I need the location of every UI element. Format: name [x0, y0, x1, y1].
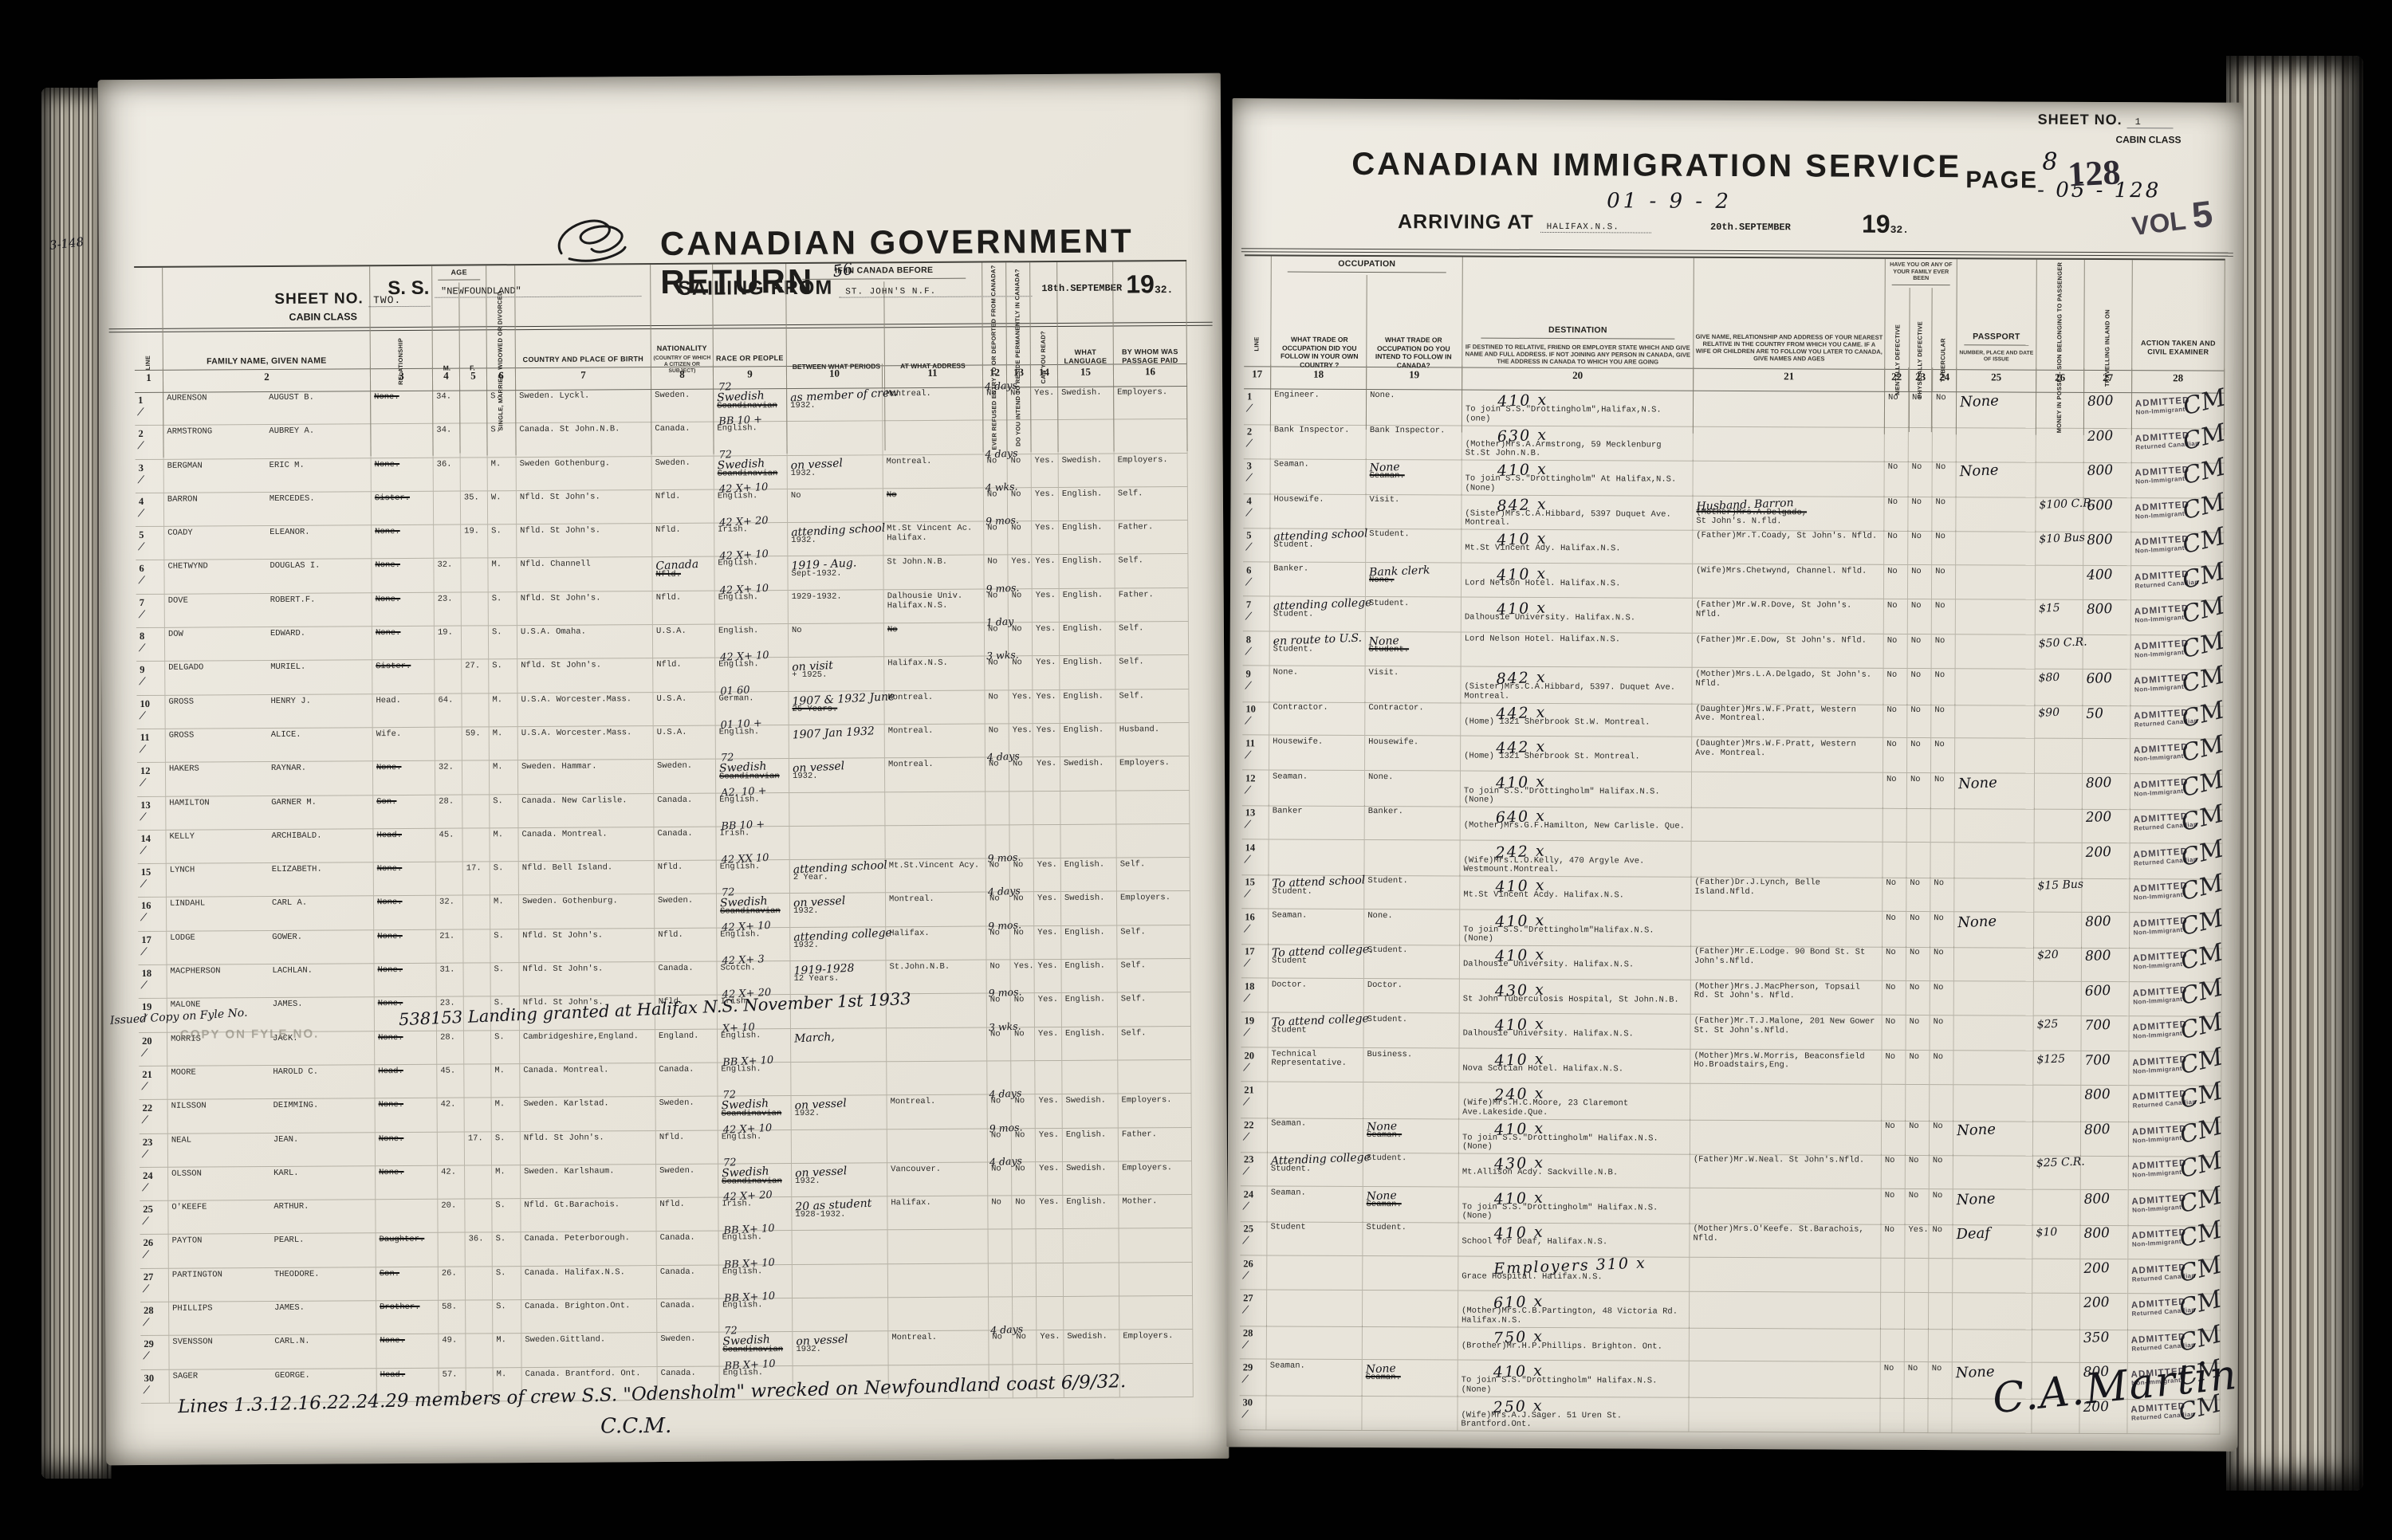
page-number-stamp: 128 — [2067, 151, 2121, 194]
cell-address — [885, 792, 986, 826]
cell-passage-paid: Self. — [1117, 858, 1190, 892]
cell-mentally-defective: No — [1882, 1154, 1906, 1189]
cell-passport — [1953, 1154, 2033, 1189]
cell-nearest-relative — [1691, 910, 1883, 948]
manifest-row: 8⁄en route to U.S.Student.NoneStudent.Lo… — [1243, 631, 2224, 670]
cell-relationship — [376, 1200, 438, 1234]
cell-birth: Canada. Halifax.N.S. — [521, 1266, 657, 1300]
cell-name: BERGMANERIC M. — [164, 458, 372, 493]
right-page: CANADIAN IMMIGRATION SERVICE 01 - 9 - 2 … — [1226, 98, 2243, 1452]
cell-line: 27⁄ — [140, 1269, 169, 1303]
cell-line: 10⁄ — [1242, 701, 1269, 736]
cell-occupation-own: To attend schoolStudent. — [1269, 874, 1364, 909]
cell-read: Yes. — [1033, 656, 1060, 690]
cell-travelling-inland: 800 — [2081, 1189, 2129, 1226]
cell-money: $90 — [2035, 704, 2083, 739]
cell-passport — [1954, 877, 2034, 912]
cell-line: 28⁄ — [1240, 1325, 1267, 1360]
cell-line: 22⁄ — [1241, 1117, 1268, 1153]
cell-relationship: None. — [376, 1098, 438, 1133]
cell-physically-defective — [1904, 1397, 1928, 1433]
cell-money — [2032, 1259, 2080, 1294]
cell-name: DOWEDWARD. — [165, 627, 372, 662]
cell-occupation-own: attending schoolStudent. — [1270, 527, 1366, 562]
cell-tubercular: No — [1930, 1120, 1953, 1157]
cell-language: Swedish. — [1060, 757, 1116, 792]
cell-occupation-canada: Visit. — [1366, 493, 1462, 529]
manifest-row: 17⁄To attend college.StudentStudent.410 … — [1241, 943, 2222, 982]
cell-name: OLSSONKARL. — [168, 1166, 376, 1201]
cell-line: 1⁄ — [135, 392, 163, 426]
manifest-row: 21⁄240 x(Wife)Mrs.H.C.Moore, 23 Claremon… — [1241, 1082, 2221, 1121]
cell-physically-defective: No — [1906, 1154, 1930, 1189]
cell-line: 7⁄ — [1243, 596, 1270, 631]
cell-line: 30⁄ — [141, 1369, 170, 1404]
cell-relationship: None. — [372, 559, 434, 593]
cell-passport — [1956, 565, 2036, 600]
cell-passage-paid: Self. — [1115, 655, 1189, 689]
cell-name: LYNCHELIZABETH. — [167, 862, 374, 898]
cell-address: Montreal. — [886, 893, 986, 927]
footnote-signature: C.C.M. — [600, 1414, 672, 1439]
cell-money — [2034, 981, 2082, 1016]
cell-passport — [1953, 1293, 2032, 1330]
manifest-row: 15⁄To attend schoolStudent.Student.410 x… — [1241, 874, 2222, 913]
cell-destination: 410 xTo join S.S."Drottingholm" Halifax.… — [1459, 1118, 1690, 1155]
cell-periods: as member of crew1932. — [787, 387, 883, 422]
cell-periods: on vessel1932. — [793, 1332, 888, 1366]
cell-physically-defective: No — [1906, 946, 1930, 981]
cell-money — [2036, 426, 2084, 463]
cell-tubercular: No — [1932, 599, 1956, 634]
cell-marital: S. — [490, 862, 519, 896]
cell-relationship: Head. — [375, 1065, 437, 1099]
cell-reside: No — [1012, 1196, 1036, 1229]
cell-tubercular — [1931, 807, 1955, 843]
cell-physically-defective: No — [1906, 980, 1930, 1016]
cell-physically-defective: No — [1906, 1016, 1930, 1051]
cell-tubercular: No — [1929, 1362, 1953, 1399]
cell-passport: None — [1955, 773, 2035, 810]
cell-periods — [791, 1062, 887, 1096]
cell-address: Montreal. — [885, 725, 986, 759]
cell-travelling-inland: 800 — [2083, 531, 2131, 566]
cell-periods: attending college1932. — [790, 927, 886, 961]
cell-occupation-own: Banker. — [1270, 562, 1366, 597]
cell-destination: 242 x(Wife)Mrs.L.O.Kelly, 470 Argyle Ave… — [1460, 840, 1691, 878]
cell-address — [883, 421, 983, 455]
cell-travelling-inland: 50 — [2083, 704, 2130, 739]
cell-read: Yes. — [1032, 521, 1059, 556]
cell-age-f — [466, 1334, 493, 1369]
cell-periods: March, — [791, 1028, 887, 1063]
cell-tubercular: No — [1929, 1224, 1953, 1259]
cell-money — [2036, 565, 2083, 600]
cell-age-f — [461, 559, 488, 593]
arriving-at-value: HALIFAX.N.S. — [1540, 222, 1651, 234]
cell-marital: S. — [490, 929, 519, 964]
cell-occupation-canada — [1362, 1394, 1458, 1431]
cell-address: No — [883, 488, 984, 522]
cell-reside — [1009, 792, 1033, 825]
col-number: 7 — [516, 365, 651, 390]
cell-marital: S. — [487, 390, 516, 424]
page-label: PAGE — [1965, 167, 2038, 194]
cell-age-f — [464, 1031, 491, 1065]
cell-nearest-relative: (Mother)Mrs.L.A.Delgado, St John's. Nfld… — [1692, 668, 1883, 705]
cell-passage-paid: Self. — [1115, 622, 1189, 656]
cell-nationality: Nfld. — [653, 591, 715, 625]
cell-name: SVENSSONCARL.N. — [169, 1335, 376, 1370]
cell-mentally-defective: No — [1882, 1050, 1906, 1085]
cell-money — [2036, 462, 2084, 498]
admitted-stamp: ADMITTEDNon-ImmigrantCM — [2132, 949, 2219, 971]
cell-occupation-own: Seaman. — [1268, 1186, 1363, 1223]
cell-reside: No — [1013, 1330, 1037, 1364]
cell-line: 8⁄ — [136, 628, 165, 662]
cell-line: 23⁄ — [1241, 1151, 1268, 1186]
cell-money — [2034, 843, 2082, 879]
cell-passport — [1953, 1259, 2032, 1294]
manifest-row: 25⁄StudentStudent.410 xSchool for Deaf, … — [1240, 1220, 2221, 1259]
cell-line: 25⁄ — [1240, 1220, 1267, 1255]
cell-line: 9⁄ — [1242, 666, 1269, 702]
cell-tubercular: No — [1933, 461, 1957, 497]
cell-nationality: Canada. — [651, 422, 714, 457]
cell-age-m: 32. — [436, 896, 463, 930]
cell-occupation-own: Seaman. — [1269, 770, 1365, 807]
cell-mentally-defective: No — [1883, 946, 1906, 981]
cell-refused — [986, 792, 1009, 825]
cell-occupation-canada: None. — [1365, 770, 1461, 807]
cell-nationality: Nfld. — [656, 1130, 718, 1165]
cell-reside: No — [1009, 657, 1033, 690]
manifest-row: 28⁄750 x(Brother)Mr.H.P.Phillips. Bright… — [1240, 1325, 2221, 1364]
cell-age-f — [462, 828, 490, 862]
cell-birth: Canada. Montreal. — [518, 827, 654, 862]
cell-passport: None — [1957, 391, 2036, 428]
cell-money — [2032, 1328, 2080, 1363]
cell-marital: S. — [492, 1199, 521, 1233]
cell-nearest-relative: (Mother)Mrs.W.Morris, Beaconsfield Ho.Br… — [1690, 1049, 1882, 1085]
cell-mentally-defective: No — [1882, 1016, 1906, 1051]
cell-line: 28⁄ — [140, 1302, 169, 1337]
cell-age-m: 45. — [437, 1064, 464, 1098]
cell-nationality: Nfld. — [653, 658, 715, 693]
cell-age-m: 32. — [434, 559, 461, 593]
cell-tubercular — [1929, 1259, 1953, 1294]
cell-passage-paid — [1116, 791, 1190, 825]
col-number: 3 — [371, 367, 433, 391]
cell-nearest-relative — [1689, 1396, 1880, 1433]
col-number: 10 — [787, 363, 883, 388]
cell-passage-paid: Employers. — [1115, 454, 1188, 488]
cell-birth: Cambridgeshire,England. — [520, 1030, 655, 1064]
cell-occupation-canada: Contractor. — [1365, 701, 1461, 736]
cell-age-f — [466, 1300, 493, 1334]
cell-mentally-defective: No — [1884, 599, 1908, 634]
cell-mentally-defective: No — [1883, 703, 1907, 738]
cell-passport — [1953, 1085, 2033, 1122]
manifest-row: 20⁄Technical Representative.Business.410… — [1241, 1047, 2221, 1086]
cell-physically-defective: No — [1909, 391, 1933, 428]
cell-tubercular: No — [1930, 1154, 1953, 1189]
cell-name: GROSSHENRY J. — [165, 694, 372, 729]
cell-nearest-relative: (Father)Mr.W.Neal. St John's.Nfld. — [1690, 1153, 1882, 1189]
cell-language: Swedish. — [1061, 892, 1117, 926]
cell-occupation-own — [1267, 1290, 1363, 1326]
cell-marital: M. — [489, 693, 517, 728]
cell-destination: 442 x(Home) 1321 Sherbrook St. Montreal. — [1461, 736, 1692, 772]
cell-occupation-canada: Doctor. — [1364, 978, 1460, 1013]
cell-tubercular: No — [1930, 946, 1954, 981]
cell-nearest-relative — [1694, 425, 1885, 462]
cell-line: 11⁄ — [1242, 735, 1269, 770]
cell-line: 15⁄ — [138, 864, 167, 898]
left-table-body: 1⁄AURENSONAUGUST B.None.34.S.Sweden. Lyc… — [135, 386, 1194, 1404]
cell-age-f — [465, 1098, 492, 1133]
cell-occupation-own: Seaman. — [1269, 909, 1364, 945]
cell-read: Yes. — [1037, 1330, 1064, 1365]
cell-line: 21⁄ — [139, 1067, 167, 1101]
cell-periods: on vessel1932. — [792, 1096, 887, 1130]
cell-line: 6⁄ — [136, 560, 164, 595]
cell-nationality: U.S.A. — [653, 625, 715, 659]
admitted-stamp: ADMITTEDNon-ImmigrantCM — [2132, 1018, 2219, 1040]
cell-line: 3⁄ — [1244, 458, 1271, 494]
cell-birth: Nfld. Bell Island. — [519, 861, 655, 895]
cell-nearest-relative — [1690, 1188, 1882, 1225]
admitted-stamp: ADMITTEDNon-ImmigrantCM — [2131, 1226, 2218, 1248]
cell-line: 11⁄ — [137, 729, 166, 764]
cell-language: Swedish. — [1059, 454, 1115, 488]
cell-language: English. — [1062, 1027, 1118, 1061]
cell-periods: 1929-1932. — [789, 590, 884, 624]
cell-name: MACPHERSONLACHLAN. — [167, 964, 374, 999]
cell-line: 16⁄ — [138, 898, 167, 932]
cell-destination: 410 xSchool for Deaf, Halifax.N.S. — [1458, 1221, 1690, 1257]
cell-birth: Canada. St John.N.B. — [516, 422, 651, 457]
cell-birth: Sweden Gothenburg. — [517, 457, 652, 491]
cell-nearest-relative: (Father)Mr.W.R.Dove, St John's. Nfld. — [1693, 599, 1884, 634]
cell-destination: 410 xMt.St Vincent Acdy. Halifax.N.S. — [1460, 874, 1691, 910]
cell-occupation-canada: Student. — [1364, 944, 1460, 979]
cell-occupation-canada: Student. — [1364, 874, 1460, 909]
cell-travelling-inland: 800 — [2081, 1086, 2129, 1122]
cell-travelling-inland — [2083, 739, 2130, 774]
cell-refused: No3 wks. — [985, 657, 1009, 690]
cell-passage-paid: Self. — [1117, 925, 1190, 960]
cell-line: 22⁄ — [140, 1100, 168, 1134]
cell-language: English. — [1060, 724, 1116, 758]
cell-travelling-inland: 700 — [2081, 1016, 2129, 1051]
cell-passage-paid — [1114, 419, 1187, 454]
cell-tubercular: No — [1930, 1189, 1953, 1226]
cell-destination: 630 x(Mother)Mrs.A.Armstrong, 59 Mecklen… — [1462, 424, 1694, 462]
cell-passage-paid: Self. — [1118, 992, 1191, 1027]
cell-reside: No — [1011, 1027, 1035, 1061]
cell-nationality: Canada. — [657, 1299, 719, 1334]
cell-nationality: Nfld. — [652, 524, 714, 558]
cell-race: English.42 X+ 10 — [715, 591, 789, 625]
cell-destination: 750 x(Brother)Mr.H.P.Phillips. Brighton.… — [1458, 1326, 1690, 1361]
cell-money: $15 Bus — [2034, 878, 2082, 913]
cell-travelling-inland: 200 — [2080, 1259, 2128, 1294]
cell-mentally-defective: No — [1884, 530, 1908, 565]
cell-passport — [1953, 1051, 2033, 1086]
cell-nationality: Sweden. — [655, 894, 717, 929]
cell-relationship: None. — [372, 593, 435, 627]
cell-physically-defective: No — [1907, 738, 1931, 773]
cell-age-f — [466, 1267, 493, 1301]
cell-line: 15⁄ — [1241, 874, 1269, 909]
cell-money: $80 — [2035, 670, 2083, 706]
cell-mentally-defective: No — [1883, 911, 1906, 948]
cell-name: LODGEGOWER. — [167, 930, 374, 965]
admitted-stamp: ADMITTEDNon-ImmigrantCM — [2134, 532, 2221, 555]
cell-birth: Nfld. St John's. — [517, 591, 653, 626]
cell-language: English. — [1059, 521, 1115, 556]
cell-occupation-canada: Business. — [1363, 1047, 1459, 1082]
cell-read: Yes. — [1033, 623, 1060, 657]
cell-line: 13⁄ — [1242, 804, 1269, 839]
col-number: 24 — [1933, 367, 1957, 391]
cell-occupation-own: Seaman. — [1271, 458, 1367, 494]
cell-tubercular: No — [1930, 981, 1954, 1016]
cell-address: Montreal. — [883, 387, 983, 422]
cell-nearest-relative — [1691, 841, 1883, 878]
cell-physically-defective: No — [1906, 1119, 1930, 1156]
cell-name: AURENSONAUGUST B. — [163, 391, 371, 426]
cell-birth: Nfld. St John's. — [517, 524, 652, 558]
cell-mentally-defective: No — [1882, 1119, 1906, 1156]
cell-refused — [989, 1263, 1013, 1297]
cell-age-f — [465, 1165, 492, 1200]
manifest-row: 18⁄Doctor.Doctor.430 xSt John Tuberculos… — [1241, 978, 2222, 1017]
cell-refused: No4 days — [986, 758, 1009, 792]
cell-physically-defective — [1906, 1085, 1930, 1122]
cell-language: Swedish. — [1058, 387, 1114, 421]
cell-passage-paid: Father. — [1119, 1127, 1192, 1161]
cell-read: Yes. — [1036, 1196, 1063, 1230]
cell-line: 19⁄ — [1241, 1012, 1269, 1047]
admitted-stamp: ADMITTEDReturned CanadianCM — [2133, 844, 2220, 866]
cell-language: English. — [1060, 689, 1115, 724]
manifest-row: 23⁄Attending collegeStudent.Student.430 … — [1241, 1151, 2221, 1190]
cell-travelling-inland: 400 — [2083, 565, 2131, 600]
col-number: 11 — [883, 363, 983, 388]
cell-language — [1058, 420, 1114, 454]
cell-nearest-relative — [1694, 460, 1885, 497]
right-table-body: 1⁄Engineer.None.410 xTo join S.S."Drotti… — [1239, 388, 2225, 1432]
cell-read — [1037, 1263, 1064, 1298]
cell-travelling-inland: 200 — [2084, 426, 2132, 463]
cell-periods: on vessel1932. — [788, 455, 883, 489]
cell-occupation-own: Seaman. — [1268, 1117, 1363, 1153]
cell-line: 12⁄ — [137, 763, 166, 797]
cell-occupation-canada: Banker. — [1365, 805, 1461, 840]
cell-passport: None — [1957, 461, 2036, 497]
cell-birth: Nfld. Gt.Barachois. — [521, 1198, 656, 1232]
cell-travelling-inland — [2081, 1155, 2129, 1190]
cell-passage-paid: Employers. — [1114, 386, 1187, 420]
cell-money: $125 — [2033, 1051, 2081, 1086]
cell-address: Montreal. — [885, 758, 986, 792]
admitted-stamp: ADMITTEDReturned CanadianCM — [2131, 1295, 2218, 1318]
cell-reside: No — [1010, 926, 1034, 960]
cell-birth: Nfld. St John's. — [517, 658, 653, 693]
cell-age-m: 42. — [438, 1098, 465, 1133]
cell-money — [2033, 1120, 2081, 1157]
cell-physically-defective: No — [1907, 703, 1931, 738]
manifest-row: 6⁄Banker.Bank clerkNone.410 xLord Nelson… — [1243, 562, 2224, 601]
cell-mentally-defective: No — [1884, 495, 1908, 532]
cell-refused — [989, 1230, 1013, 1263]
cell-periods: on visit+ 1925. — [789, 658, 884, 692]
cell-money: $15 — [2036, 600, 2083, 635]
col-number: 23 — [1909, 367, 1933, 391]
cell-tubercular: No — [1933, 391, 1957, 428]
cell-relationship: None. — [372, 627, 435, 661]
cell-travelling-inland: 600 — [2083, 496, 2131, 532]
cell-read: Yes. — [1032, 555, 1059, 589]
cell-physically-defective: No — [1906, 1188, 1930, 1225]
cell-periods — [789, 826, 885, 860]
cell-mentally-defective: No — [1883, 877, 1906, 912]
cell-language — [1060, 791, 1116, 825]
cell-periods — [792, 1129, 887, 1164]
cell-occupation-canada — [1364, 839, 1460, 876]
cell-relationship: Sister. — [372, 660, 435, 694]
cell-refused: No4 days — [988, 1162, 1012, 1196]
cell-mentally-defective — [1882, 1085, 1906, 1122]
cell-name: O'KEEFEARTHUR. — [168, 1200, 376, 1235]
cell-destination: 442 x(Home) 1321 Sherbrook St.W. Montrea… — [1461, 701, 1692, 737]
cell-destination: 430 xSt John Tuberculosis Hospital, St J… — [1460, 979, 1691, 1015]
cell-passage-paid — [1119, 1263, 1193, 1297]
cell-destination: 410 xTo join S.S."Drettingholm"Halifax.N… — [1460, 909, 1691, 947]
cell-relationship: None. — [376, 1132, 438, 1166]
cell-name: MOOREHAROLD C. — [167, 1065, 375, 1100]
cell-nearest-relative — [1694, 391, 1885, 428]
cell-nearest-relative: (Father)Mr.T.J.Malone, 201 New Gower St.… — [1690, 1015, 1882, 1051]
cell-occupation-own: Bank Inspector. — [1271, 423, 1367, 460]
cell-read — [1033, 825, 1060, 859]
cell-read — [1033, 792, 1060, 826]
cell-destination: 842 x(Sister)Mrs.C.A.Hibbard, 5397 Duque… — [1462, 493, 1693, 531]
cell-age-f — [462, 592, 489, 627]
cell-tubercular: No — [1931, 773, 1955, 810]
cell-money — [2032, 1294, 2080, 1330]
cell-language: English. — [1060, 656, 1115, 690]
cell-nearest-relative: (Father)Dr.J.Lynch, Belle Island.Nfld. — [1691, 876, 1883, 912]
cell-occupation-canada — [1363, 1082, 1459, 1119]
cell-money: $10 Bus — [2036, 531, 2083, 566]
admitted-stamp: ADMITTEDReturned CanadianCM — [2134, 567, 2221, 589]
cell-address — [887, 1027, 987, 1062]
cell-age-f — [462, 761, 490, 796]
cell-language: English. — [1061, 858, 1117, 893]
col-number: 19 — [1367, 365, 1462, 390]
cell-nationality: Sweden. — [656, 1164, 718, 1198]
cell-relationship: None. — [376, 1334, 439, 1369]
cell-line: 24⁄ — [1241, 1186, 1268, 1223]
cell-age-m: 23. — [435, 592, 462, 627]
cell-address: St John.N.B. — [883, 556, 984, 590]
manifest-row: 11⁄Housewife.Housewife.442 x(Home) 1321 … — [1242, 735, 2223, 774]
cell-address: Montreal. — [883, 454, 984, 489]
cell-language: English. — [1059, 555, 1115, 589]
